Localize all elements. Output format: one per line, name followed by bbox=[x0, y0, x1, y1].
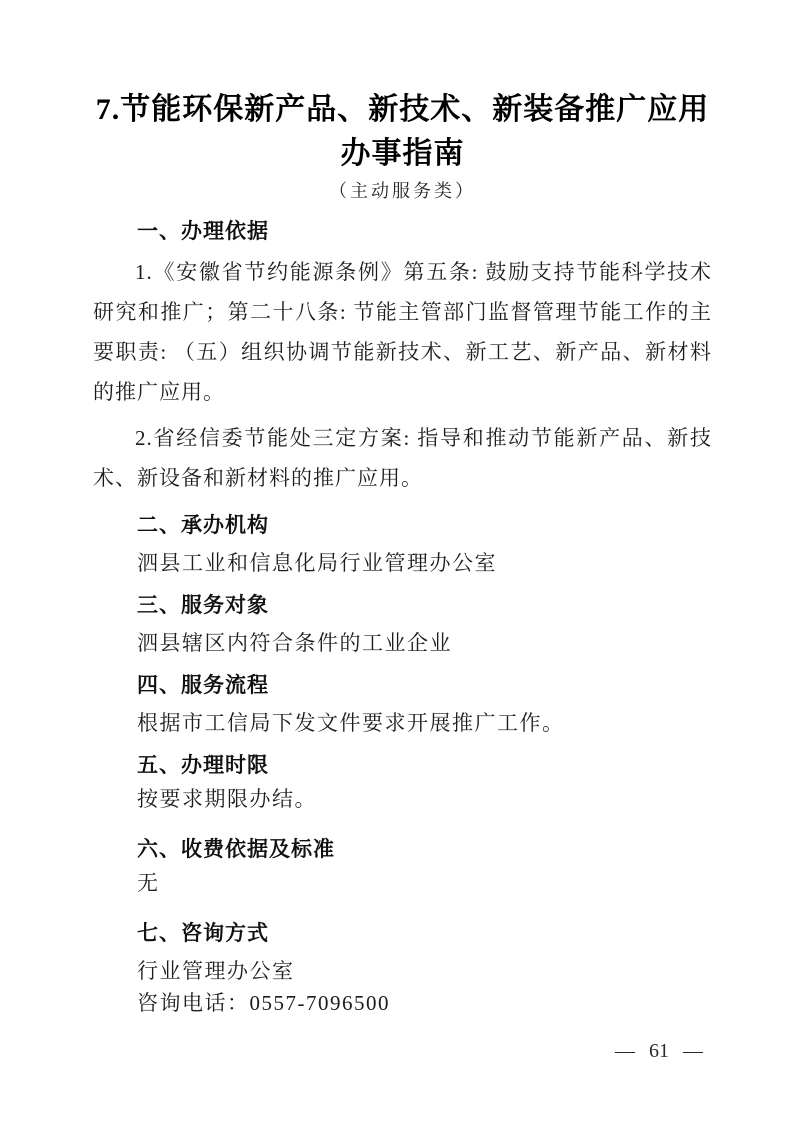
section-2-content: 泗县工业和信息化局行业管理办公室 bbox=[93, 548, 712, 578]
section-6-content: 无 bbox=[93, 868, 712, 898]
section-heading-2: 二、承办机构 bbox=[93, 514, 712, 538]
page-number: — 61 — bbox=[615, 1040, 703, 1063]
section-4-content: 根据市工信局下发文件要求开展推广工作。 bbox=[93, 708, 712, 738]
section-heading-5: 五、办理时限 bbox=[93, 754, 712, 778]
section-7-content-office: 行业管理办公室 bbox=[93, 956, 712, 986]
document-page: 7.节能环保新产品、新技术、新装备推广应用 办事指南 （主动服务类） 一、办理依… bbox=[0, 0, 793, 1122]
section-3-content: 泗县辖区内符合条件的工业企业 bbox=[93, 628, 712, 658]
section-1-paragraph-2: 2.省经信委节能处三定方案: 指导和推动节能新产品、新技术、新设备和新材料的推广… bbox=[93, 418, 712, 498]
section-heading-6: 六、收费依据及标准 bbox=[93, 838, 712, 862]
doc-title: 7.节能环保新产品、新技术、新装备推广应用 办事指南 bbox=[93, 88, 712, 176]
section-7-content-phone: 咨询电话：0557-7096500 bbox=[93, 988, 712, 1018]
section-heading-3: 三、服务对象 bbox=[93, 594, 712, 618]
section-heading-4: 四、服务流程 bbox=[93, 674, 712, 698]
page-number-value: 61 bbox=[649, 1040, 669, 1063]
page-number-right-dash: — bbox=[683, 1040, 703, 1063]
doc-subtitle: （主动服务类） bbox=[93, 178, 712, 204]
doc-title-line-2: 办事指南 bbox=[93, 132, 712, 176]
section-1-paragraph-1: 1.《安徽省节约能源条例》第五条: 鼓励支持节能科学技术研究和推广；第二十八条:… bbox=[93, 252, 712, 412]
doc-title-line-1: 7.节能环保新产品、新技术、新装备推广应用 bbox=[93, 88, 712, 132]
page-number-left-dash: — bbox=[615, 1040, 635, 1063]
section-heading-7: 七、咨询方式 bbox=[93, 922, 712, 946]
section-5-content: 按要求期限办结。 bbox=[93, 784, 712, 814]
section-heading-1: 一、办理依据 bbox=[93, 220, 712, 244]
